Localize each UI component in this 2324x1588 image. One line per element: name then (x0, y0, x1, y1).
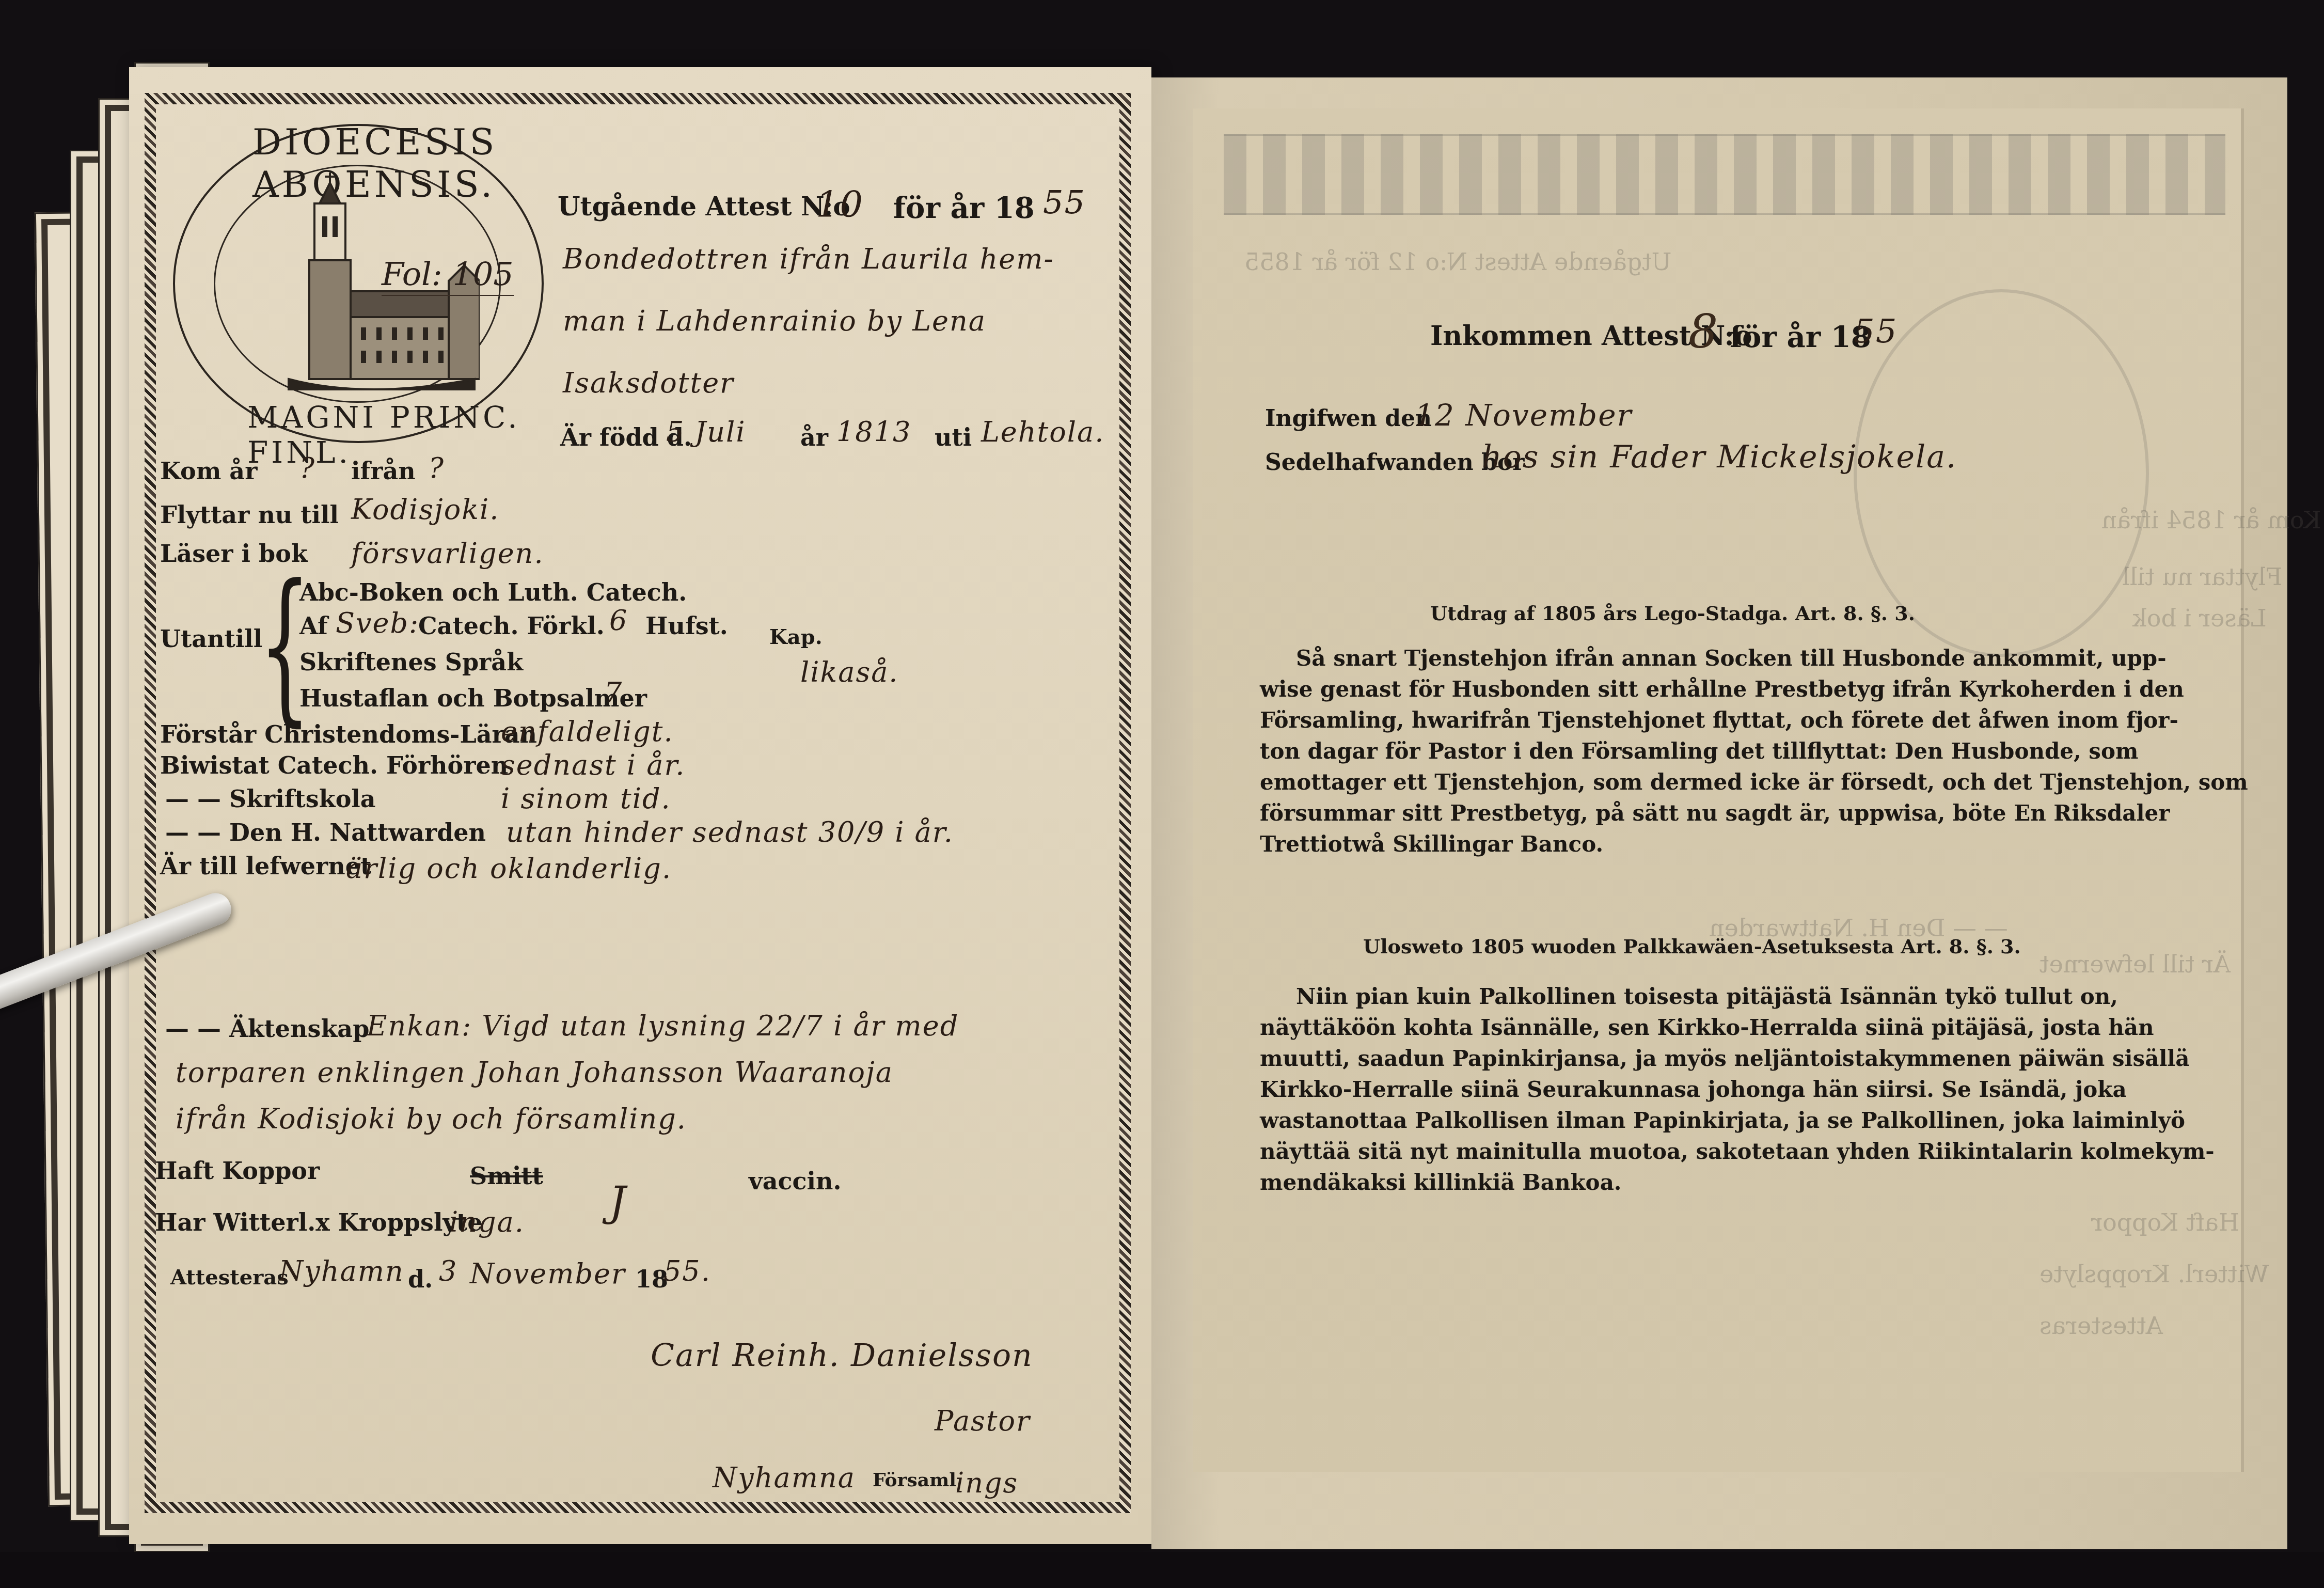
smallpox-mark: J (609, 1177, 627, 1225)
statute-line: Niin pian kuin Palkollinen toisesta pitä… (1260, 981, 2107, 1012)
utantill-item-2-end: Hufst. (645, 612, 728, 640)
field-label-came-from: ifrån (351, 457, 416, 485)
year-suffix: 55 (1043, 183, 1086, 221)
attest-month: November (470, 1257, 626, 1290)
subject-line-3: Isaksdotter (563, 367, 734, 399)
field-value-communion: utan hinder sednast 30/9 i år. (506, 816, 954, 848)
parish-printed-label: Församl (873, 1469, 956, 1491)
utantill-item-1: Abc-Boken och Luth. Catech. (299, 578, 687, 606)
residence-value: hos sin Fader Mickelsjokela. (1482, 439, 1957, 475)
utantill-item-2-pre: Af (299, 612, 328, 640)
statute-line: ton dagar för Pastor i den Församling de… (1260, 736, 2107, 767)
field-value-understands: enfaldeligt. (501, 715, 674, 748)
left-page-outgoing-certificate: DIOECESIS ABOENSIS. MAGNI PRINC. FINL. (129, 67, 1151, 1544)
bleed-through-label: Attesteras (2040, 1312, 2163, 1340)
born-year: 1813 (836, 416, 911, 448)
born-place: Lehtola. (981, 416, 1104, 448)
attest-date-prefix: d. (408, 1265, 433, 1293)
statute-line: Trettiotwå Skillingar Banco. (1260, 829, 2107, 860)
parish-name: Nyhamna (713, 1461, 856, 1494)
bleed-through-header: Utgående Attest N:o 12 för år 1855 (1244, 248, 1672, 276)
outgoing-certificate-label: Utgående Attest N:o (558, 191, 850, 222)
bleed-through-label: Läser i bok (2132, 604, 2267, 632)
field-value-came-year: ? (299, 452, 315, 484)
statute-line: Så snart Tjenstehjon ifrån annan Socken … (1260, 643, 2107, 674)
smallpox-option-vaccine: vaccin. (749, 1167, 842, 1195)
field-label-communion: — — Den H. Nattwarden (165, 819, 486, 846)
utantill-item-4: Hustaflan och Botpsalmer (299, 684, 647, 712)
statute-line: wise genast för Husbonden sitt erhållne … (1260, 674, 2107, 705)
table-surface (0, 1552, 2324, 1588)
attest-year-suffix: 55. (663, 1255, 711, 1287)
utantill-bracket-value: likaså. (800, 656, 899, 688)
diocese-seal: DIOECESIS ABOENSIS. MAGNI PRINC. FINL. (173, 124, 544, 443)
smallpox-option-natural: Smitt (470, 1162, 543, 1190)
field-value-catechism-exams: sednast i år. (501, 749, 685, 781)
defects-label: Har Witterl.x Kroppslyte (155, 1208, 483, 1236)
attest-label: Attesteras (170, 1265, 289, 1290)
marriage-line-1: Enkan: Vigd utan lysning 22/7 i år med (367, 1010, 959, 1042)
utantill-item-2-post: Catech. Förkl. (418, 612, 605, 640)
subject-line-1: Bondedottren ifrån Laurila hem- (563, 243, 1054, 275)
marriage-line-2: torparen enklingen Johan Johansson Waara… (176, 1056, 893, 1089)
field-label-catechism-exams: Biwistat Catech. Förhören (160, 751, 508, 779)
born-place-label: uti (935, 423, 972, 451)
attest-place: Nyhamn (279, 1255, 404, 1287)
bleed-through-label: Är till lefwernet (2040, 950, 2231, 978)
attest-day: 3 (439, 1255, 457, 1287)
field-label-conduct: Är till lefwernet (160, 852, 371, 880)
field-value-confession-school: i sinom tid. (501, 782, 671, 815)
utantill-item-4-number: 7 (604, 677, 623, 709)
field-label-understands: Förstår Christendoms-Läran (160, 720, 537, 748)
utantill-item-3: Skriftenes Språk (299, 648, 523, 676)
pastor-title: Pastor (935, 1405, 1031, 1437)
smallpox-label: Haft Koppor (155, 1157, 320, 1185)
submitted-date: 12 November (1415, 398, 1632, 433)
field-value-conduct: ärlig och oklanderlig. (346, 852, 672, 885)
incoming-year-label: för år 18 (1730, 320, 1871, 354)
utantill-item-2-number: 6 (609, 604, 628, 637)
finnish-statute-text: Niin pian kuin Palkollinen toisesta pitä… (1260, 981, 2107, 1198)
field-label-moving-to: Flyttar nu till (160, 501, 339, 529)
finnish-statute-heading: Ulosweto 1805 wuoden Palkkawäen-Asetukse… (1363, 935, 2021, 958)
submitted-label: Ingifwen den (1265, 405, 1432, 432)
statute-line: Kirkko-Herralle siinä Seurakunnasa johon… (1260, 1074, 2107, 1105)
field-label-confession-school: — — Skriftskola (165, 785, 376, 813)
field-value-moving-to: Kodisjoki. (351, 493, 499, 526)
subject-line-2: man i Lahdenrainio by Lena (563, 305, 986, 337)
utantill-label: Utantill (160, 625, 262, 653)
statute-line: muutti, saadun Papinkirjansa, ja myös ne… (1260, 1043, 2107, 1074)
incoming-year-suffix: 55 (1854, 312, 1898, 351)
year-label: för år 18 (893, 191, 1035, 225)
marriage-label: — — Äktenskap (165, 1015, 369, 1043)
born-year-label: år (800, 423, 828, 451)
utantill-item-2-hand: Sveb: (336, 607, 419, 639)
parish-suffix: ings (955, 1467, 1018, 1499)
statute-line: wastanottaa Palkollisen ilman Papinkirja… (1260, 1105, 2107, 1136)
statute-line: emottager ett Tjenstehjon, som dermed ic… (1260, 767, 2107, 798)
bleed-through-label: Kom år 1854 ifrån (2101, 506, 2321, 534)
incoming-certificate-number: 8 (1688, 305, 1719, 359)
book-spread: DIOECESIS ABOENSIS. MAGNI PRINC. FINL. (0, 0, 2324, 1588)
defects-value: inga. (449, 1206, 525, 1238)
field-value-came-from: ? (429, 452, 445, 484)
field-value-reads-book: försvarligen. (351, 537, 544, 570)
statute-line: näyttää sitä nyt mainitulla muotoa, sako… (1260, 1136, 2107, 1167)
pastor-signature: Carl Reinh. Danielsson (651, 1338, 1033, 1374)
right-page-sheet: Utgående Attest N:o 12 för år 1855 Kom å… (1193, 108, 2244, 1472)
born-date: 5 Juli (666, 416, 746, 448)
kap-label: Kap. (769, 625, 823, 649)
statute-line: mendäkaksi killinkiä Bankoa. (1260, 1167, 2107, 1198)
bleed-through-border (1224, 134, 2225, 215)
bleed-through-label: Haft Koppor (2091, 1208, 2239, 1236)
right-page-incoming-certificate: Utgående Attest N:o 12 för år 1855 Kom å… (1151, 77, 2287, 1549)
certificate-number: 10 (816, 183, 864, 226)
statute-line: näyttäköön kohta Isännälle, sen Kirkko-H… (1260, 1012, 2107, 1043)
folio-note: Fol: 105 (382, 255, 514, 296)
statute-line: försummar sitt Prestbetyg, på sätt nu sa… (1260, 798, 2107, 829)
marriage-line-3: ifrån Kodisjoki by och församling. (176, 1103, 687, 1135)
statute-line: Församling, hwarifrån Tjenstehjonet flyt… (1260, 705, 2107, 736)
bleed-through-label: Witterl. Kroppslyte (2040, 1260, 2269, 1288)
swedish-statute-text: Så snart Tjenstehjon ifrån annan Socken … (1260, 643, 2107, 860)
field-label-came-year: Kom år (160, 457, 257, 485)
swedish-statute-heading: Utdrag af 1805 års Lego-Stadga. Art. 8. … (1430, 602, 1915, 625)
bleed-through-label: Flyttar nu till (2122, 563, 2282, 591)
